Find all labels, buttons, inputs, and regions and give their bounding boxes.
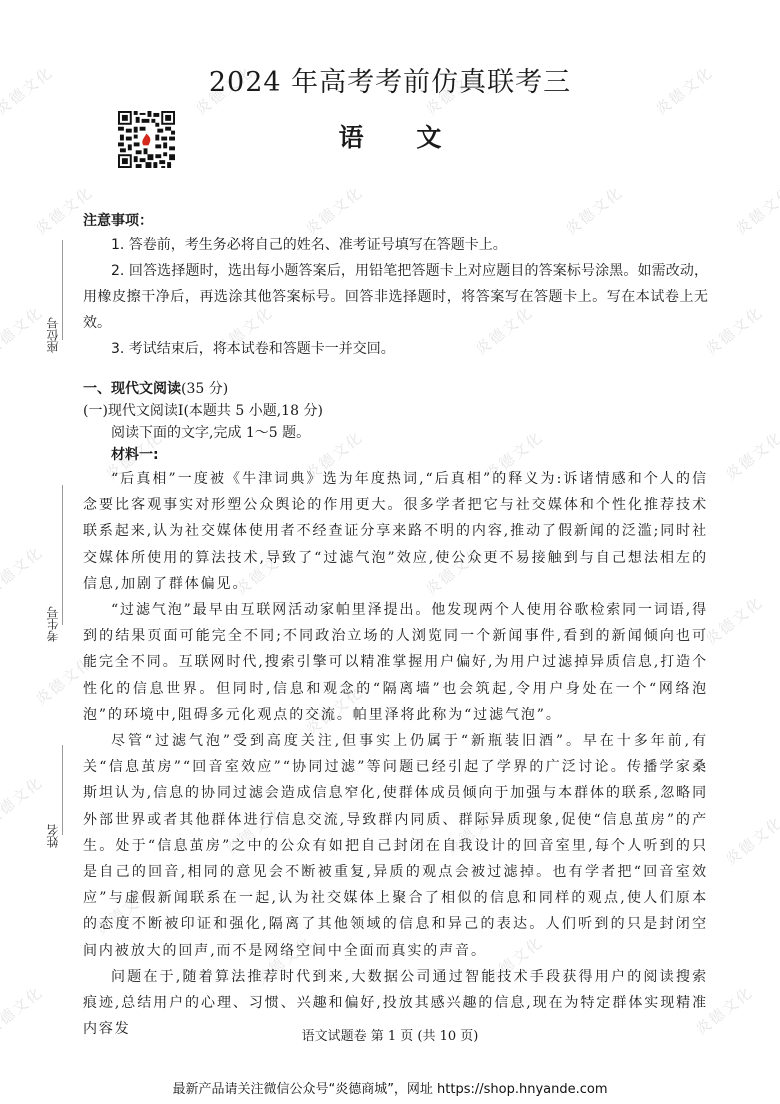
section-score: (35 分) [181, 381, 228, 397]
seat-number-line [62, 240, 63, 340]
note-item: 2. 回答选择题时，选出每小题答案后，用铅笔把答题卡上对应题目的答案标号涂黑。如… [83, 258, 708, 336]
watermark: 炎德文化 [721, 426, 780, 484]
seat-number-label: 座位号 [46, 303, 62, 353]
passage-paragraph: “后真相”一度被《牛津词典》选为年度热词,“后真相”的释义为:诉诸情感和个人的信… [83, 466, 708, 597]
section-heading: 一、现代文阅读(35 分) [83, 378, 708, 400]
note-item: 1. 答卷前，考生务必将自己的姓名、准考证号填写在答题卡上。 [83, 232, 708, 258]
watermark: 炎德文化 [721, 811, 780, 869]
exam-title: 2024 年高考考前仿真联考三 [0, 60, 780, 99]
exam-number-line [62, 485, 63, 625]
notes-title: 注意事项： [83, 210, 708, 232]
watermark: 炎德文化 [0, 771, 47, 829]
page-number: 语文试题卷 第 1 页 (共 10 页) [0, 1025, 780, 1044]
exam-page: 炎德文化 炎德文化 炎德文化 炎德文化 炎德文化 炎德文化 炎德文化 炎德文化 … [0, 0, 780, 1104]
watermark: 炎德文化 [731, 181, 780, 239]
exam-number-label: 考生号 [46, 592, 62, 642]
passage-paragraph: “过滤气泡”最早由互联网活动家帕里泽提出。他发现两个人使用谷歌检索同一词语,得到… [83, 597, 708, 728]
name-label: 姓名 [46, 812, 62, 848]
subject-title: 语 文 [0, 118, 780, 154]
watermark: 炎德文化 [0, 301, 47, 359]
name-line [62, 745, 63, 835]
watermark: 炎德文化 [0, 541, 47, 599]
exam-content: 注意事项： 1. 答卷前，考生务必将自己的姓名、准考证号填写在答题卡上。 2. … [83, 210, 708, 1042]
section-title: 一、现代文阅读 [83, 381, 181, 397]
promo-banner: 最新产品请关注微信公众号“炎德商城”，网址 https://shop.hnyan… [0, 1078, 780, 1097]
subsection-title: (一)现代文阅读Ⅰ(本题共 5 小题,18 分) [83, 400, 708, 422]
material-label: 材料一: [83, 444, 708, 466]
passage-paragraph: 尽管“过滤气泡”受到高度关注,但事实上仍属于“新瓶装旧酒”。早在十多年前,有关“… [83, 728, 708, 964]
note-item: 3. 考试结束后，将本试卷和答题卡一并交回。 [83, 336, 708, 362]
watermark: 炎德文化 [701, 301, 768, 359]
reading-instruction: 阅读下面的文字,完成 1～5 题。 [83, 422, 708, 444]
watermark: 炎德文化 [701, 591, 768, 649]
